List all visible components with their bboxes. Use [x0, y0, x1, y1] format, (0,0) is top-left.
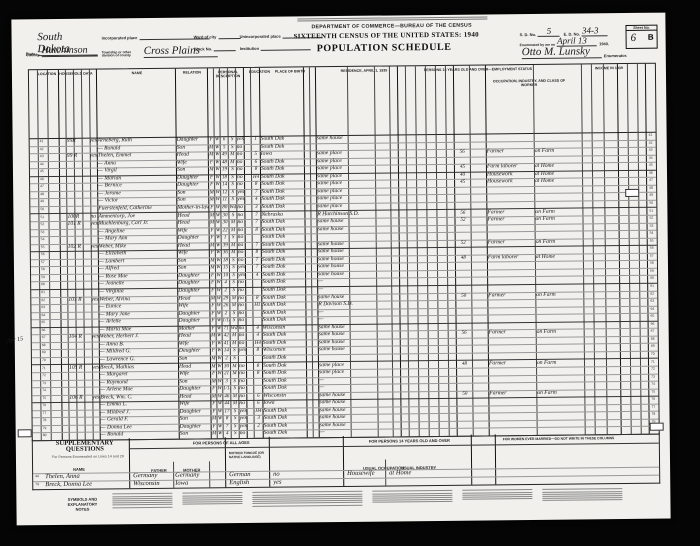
cell-sex: F — [211, 408, 216, 416]
supplementary-questions: SUPPLEMENTARY QUESTIONS For Persons Enum… — [32, 433, 660, 491]
sheet-number: 6 — [631, 32, 637, 44]
line-number: 62 — [41, 297, 45, 305]
cell-grade-completed: H1 — [253, 302, 261, 310]
cell-farm-residence: yes — [92, 394, 99, 402]
cell-sex: M — [209, 212, 214, 220]
cell-grade-completed: 8 — [252, 166, 260, 174]
cell-sex: M — [209, 219, 214, 227]
cell-grade-completed: 4 — [252, 196, 260, 204]
cell-sex: F — [209, 204, 214, 212]
cell-race: W — [217, 385, 222, 393]
line-number: 69 — [42, 349, 46, 357]
cell-race: W — [217, 340, 222, 348]
line-number: 57 — [650, 253, 654, 261]
enumerator-label: Enumerator. — [604, 53, 627, 58]
cell-sex: F — [209, 182, 214, 190]
supp-name-col: NAME — [73, 467, 85, 472]
cell-age: 71 — [223, 325, 230, 333]
cell-hours-worked — [457, 368, 472, 376]
cell-school-attendance: yes — [238, 264, 245, 272]
cell-race: W — [216, 257, 221, 265]
supp-cell-usual-occupation — [347, 478, 385, 486]
cell-race: W — [215, 189, 220, 197]
cell-grade-completed: 2 — [255, 423, 263, 431]
cell-age: 15 — [222, 265, 229, 273]
cell-hours-worked — [456, 315, 471, 323]
cell-school-attendance: no — [239, 340, 246, 348]
cell-school-attendance: no — [238, 287, 245, 295]
cell-age: 42 — [223, 332, 230, 340]
cell-race: W — [217, 325, 222, 333]
cell-school-attendance — [239, 355, 246, 363]
supp-cell-line: 44 — [35, 473, 39, 481]
cell-school-attendance: no — [239, 400, 246, 408]
cell-race: W — [216, 310, 221, 318]
cell-grade-completed: 8 — [253, 294, 261, 302]
cell-sex: F — [211, 385, 216, 393]
sheet-number-box: Sheet No. 6 B — [625, 25, 657, 49]
cell-farm-residence — [92, 349, 99, 357]
block-field: Block No. — [194, 45, 237, 51]
line-number: 44 — [40, 161, 44, 169]
cell-farm-residence — [91, 273, 98, 281]
cell-farm-residence — [90, 205, 97, 213]
supp-cell-name: Breck, Donna Lee — [45, 480, 127, 488]
cell-farm-residence — [90, 168, 97, 176]
institution-field: Institution — [240, 44, 311, 51]
cell-sex: F — [211, 370, 216, 378]
cell-age: 29 — [222, 295, 229, 303]
supp-cell-father-birthplace: Germany — [133, 472, 171, 480]
cell-farm-residence: yes — [92, 334, 99, 342]
cell-marital-status: M — [230, 242, 237, 250]
line-number: 72 — [42, 372, 46, 380]
supplementary-subtitle: For Persons Enumerated on Lines 14 and 2… — [43, 454, 133, 459]
header-fine-print — [297, 16, 487, 22]
cell-grade-completed: H4 — [254, 408, 262, 416]
cell-grade-completed: H4 — [252, 174, 260, 182]
cell-farm-residence: yes — [90, 221, 97, 229]
sample-line-marker-bottom — [650, 423, 664, 431]
supp-mother-tongue-col: MOTHER TONGUE (OR NATIVE LANGUAGE) — [229, 451, 269, 459]
cell-marital-status: M — [230, 227, 237, 235]
cell-grade-completed: 7 — [252, 189, 260, 197]
supp-all-ages-header: FOR PERSONS OF ALL AGES — [193, 440, 250, 446]
cell-marital-status: M — [231, 400, 238, 408]
cell-marital-status: S — [230, 234, 237, 242]
line-number: 50 — [649, 200, 653, 208]
cell-school-attendance: no — [238, 302, 245, 310]
cell-school-attendance: yes — [240, 415, 247, 423]
cell-farm-residence — [90, 160, 97, 168]
cell-school-attendance: no — [238, 317, 245, 325]
line-number: 74 — [651, 381, 655, 389]
cell-race: W — [217, 400, 222, 408]
cell-race: W — [216, 234, 221, 242]
line-number: 55 — [650, 237, 654, 245]
cell-sex: M — [210, 265, 215, 273]
cell-marital-status: M — [230, 249, 237, 257]
block-label: Block No. — [194, 46, 213, 51]
line-number: 58 — [41, 266, 45, 274]
supp-cell-usual-industry — [389, 477, 429, 485]
line-number: 77 — [651, 404, 655, 412]
line-number: 65 — [650, 313, 654, 321]
cell-hours-worked — [455, 156, 470, 164]
cell-sex: F — [210, 280, 215, 288]
cell-age: 21 — [223, 370, 230, 378]
enumerator-signature: Otto M. Lunsky — [522, 45, 602, 59]
population-table: LOCATION HOUSEHOLD DATA NAME RELATION PE… — [28, 63, 660, 442]
cell-school-attendance: no — [238, 227, 245, 235]
cell-race: W — [216, 295, 221, 303]
cell-school-attendance: no — [237, 219, 244, 227]
cell-race: W — [216, 272, 221, 280]
cell-sex: M — [209, 189, 214, 197]
cell-farm-residence — [90, 183, 97, 191]
line-number: 63 — [650, 298, 654, 306]
cell-marital-status: Wd — [231, 325, 238, 333]
line-number: 76 — [651, 396, 655, 404]
line-number: 56 — [41, 251, 45, 259]
line-number: 52 — [649, 215, 653, 223]
cell-marital-status: S — [231, 355, 238, 363]
cell-farm-residence — [91, 251, 98, 259]
cell-school-attendance: no — [239, 378, 246, 386]
column-headers: LOCATION HOUSEHOLD DATA NAME RELATION PE… — [29, 64, 656, 140]
cell-age: 10 — [222, 272, 229, 280]
line-number: 71 — [42, 365, 46, 373]
supp-cell-usual-industry: at Home — [389, 469, 429, 477]
cell-age: 8 — [224, 416, 231, 424]
cell-age: 18 — [222, 257, 229, 265]
cell-grade-completed: 8 — [253, 226, 261, 234]
cell-hours-worked: 48 — [456, 254, 471, 262]
cell-hours-worked: 50 — [456, 292, 471, 300]
supp-cell-usual-occupation: Housewife — [347, 470, 385, 478]
header-occupation: OCCUPATION, INDUSTRY, AND CLASS OF WORKE… — [489, 79, 569, 88]
supp-cell-line: 79 — [35, 481, 39, 489]
cell-sex: F — [210, 310, 215, 318]
cell-marital-status: S — [230, 264, 237, 272]
cell-race: W — [215, 166, 220, 174]
cell-hours-worked — [457, 322, 472, 330]
cell-sex: M — [210, 295, 215, 303]
cell-school-attendance: no — [238, 234, 245, 242]
cell-farm-residence — [90, 190, 97, 198]
cell-school-attendance: yes — [237, 189, 244, 197]
header-income: INCOME IN 1939 — [589, 66, 629, 70]
line-number: 50 — [40, 206, 44, 214]
cell-sex: M — [211, 333, 216, 341]
cell-hours-worked — [458, 421, 473, 429]
institution-label: Institution — [240, 46, 259, 51]
cell-farm-residence — [91, 311, 98, 319]
cell-age: 17 — [223, 408, 230, 416]
cell-race: W — [215, 212, 220, 220]
line-number: 66 — [42, 327, 46, 335]
cell-race: W — [215, 197, 220, 205]
cell-age: 2 — [222, 287, 229, 295]
cell-age: 41 — [223, 340, 230, 348]
line-number: 57 — [41, 259, 45, 267]
cell-marital-status: S — [229, 212, 236, 220]
supp-women-header: FOR WOMEN EVER MARRIED—DO NOT WRITE IN T… — [503, 436, 615, 441]
cell-age: 5 — [221, 144, 228, 152]
cell-marital-status: S — [229, 196, 236, 204]
supp-14-header: FOR PERSONS 14 YEARS OLD AND OVER — [369, 438, 450, 444]
cell-race: W — [217, 355, 222, 363]
cell-race: W — [217, 363, 222, 371]
line-number: 71 — [651, 358, 655, 366]
line-number: 76 — [42, 402, 46, 410]
line-number: 63 — [41, 304, 45, 312]
cell-race: W — [217, 393, 222, 401]
cell-grade-completed — [253, 279, 261, 287]
cell-race: W — [218, 423, 223, 431]
cell-hours-worked — [456, 300, 471, 308]
cell-age: 30 — [221, 219, 228, 227]
cell-sex: F — [210, 227, 215, 235]
explanatory-notes: SYMBOLS AND EXPLANATORY NOTES — [32, 485, 658, 522]
line-number: 51 — [649, 207, 653, 215]
cell-farm-residence: yes — [92, 364, 99, 372]
cell-hours-worked — [455, 134, 470, 142]
cell-school-attendance: no — [238, 310, 245, 318]
cell-farm-residence — [91, 228, 98, 236]
cell-marital-status: S — [229, 181, 236, 189]
cell-marital-status: M — [231, 340, 238, 348]
cell-school-attendance: no — [238, 279, 245, 287]
cell-school-attendance: yes — [238, 272, 245, 280]
cell-school-attendance: no — [237, 181, 244, 189]
cell-age: 6 — [221, 136, 228, 144]
line-number: 78 — [43, 417, 47, 425]
cell-sex: M — [211, 363, 216, 371]
cell-race: W — [216, 302, 221, 310]
cell-farm-residence — [90, 198, 97, 206]
line-number: 49 — [649, 192, 653, 200]
cell-grade-completed: 7 — [252, 219, 260, 227]
cell-grade-completed: 8 — [254, 347, 262, 355]
cell-grade-completed — [253, 309, 261, 317]
cell-marital-status: S — [229, 174, 236, 182]
cell-farm-residence — [91, 258, 98, 266]
line-number: 58 — [650, 260, 654, 268]
margin-note: Apr 15 — [6, 336, 23, 344]
cell-grade-completed — [254, 355, 262, 363]
cell-hours-worked — [457, 375, 472, 383]
unincorporated-label: Unincorporated place — [240, 34, 281, 39]
line-number: 67 — [42, 334, 46, 342]
cell-school-attendance: no — [239, 385, 246, 393]
cell-farm-residence — [93, 417, 100, 425]
cell-race: W — [216, 265, 221, 273]
line-number: 72 — [651, 366, 655, 374]
cell-race: W — [218, 416, 223, 424]
line-number: 77 — [42, 410, 46, 418]
cell-race: W — [215, 219, 220, 227]
cell-age: 1 — [222, 234, 229, 242]
cell-grade-completed: 3 — [255, 415, 263, 423]
cell-marital-status: M — [231, 370, 238, 378]
line-number: 43 — [40, 153, 44, 161]
cell-grade-completed — [252, 143, 260, 151]
line-number: 44 — [649, 154, 653, 162]
census-sheet: State South Dakota County Hutchinson Inc… — [11, 13, 670, 526]
line-number: 78 — [652, 411, 656, 419]
cell-hours-worked — [455, 194, 470, 202]
line-number: 70 — [42, 357, 46, 365]
cell-hours-worked: 48 — [457, 360, 472, 368]
cell-hours-worked — [456, 262, 471, 270]
cell-marital-status: S — [231, 408, 238, 416]
cell-school-attendance: no — [239, 325, 246, 333]
cell-school-attendance: no — [239, 332, 246, 340]
cell-race: W — [215, 144, 220, 152]
cell-hours-worked — [456, 270, 471, 278]
cell-race: W — [217, 333, 222, 341]
cell-marital-status: S — [229, 136, 236, 144]
cell-hours-worked — [458, 413, 473, 421]
cell-hours-worked — [456, 224, 471, 232]
supp-cell-mother-tongue: English — [229, 479, 269, 487]
schedule-header: State South Dakota County Hutchinson Inc… — [11, 13, 665, 68]
cell-school-attendance: yes — [239, 347, 246, 355]
cell-grade-completed: 4 — [254, 325, 262, 333]
cell-age: 14 — [221, 181, 228, 189]
line-number: 41 — [40, 138, 44, 146]
cell-age: 11 — [221, 197, 228, 205]
cell-school-attendance: yes — [237, 196, 244, 204]
cell-marital-status: M — [229, 219, 236, 227]
cell-sex: M — [212, 416, 217, 424]
cell-hours-worked — [455, 186, 470, 194]
cell-hours-worked: 45 — [455, 179, 470, 187]
cell-farm-residence — [91, 236, 98, 244]
cell-sex: F — [210, 250, 215, 258]
cell-hours-worked — [457, 353, 472, 361]
cell-marital-status: M — [231, 393, 238, 401]
cell-grade-completed: 5 — [252, 151, 260, 159]
line-number: 41 — [649, 132, 653, 140]
cell-sex: F — [209, 136, 214, 144]
cell-farm-residence — [92, 341, 99, 349]
cell-sex: M — [210, 257, 215, 265]
sample-line-marker-left — [18, 429, 32, 437]
cell-grade-completed: 8 — [253, 249, 261, 257]
department-title: DEPARTMENT OF COMMERCE—BUREAU OF THE CEN… — [311, 23, 471, 31]
cell-sex: M — [211, 355, 216, 363]
line-number: 47 — [649, 177, 653, 185]
cell-race: W — [217, 370, 222, 378]
cell-school-attendance: yes — [239, 408, 246, 416]
line-number: 79 — [43, 425, 47, 433]
cell-sex: M — [210, 242, 215, 250]
cell-farm-residence — [92, 326, 99, 334]
cell-age: 30 — [223, 363, 230, 371]
cell-grade-completed: 8 — [254, 362, 262, 370]
cell-school-attendance: no — [239, 363, 246, 371]
cell-age: 49 — [221, 151, 228, 159]
supp-cell-veteran: yes — [273, 479, 287, 487]
cell-marital-status: S — [232, 423, 239, 431]
cell-farm-residence: no — [90, 213, 97, 221]
sheet-label: Sheet No. — [626, 26, 656, 31]
cell-age: 4 — [222, 280, 229, 288]
cell-age: 39 — [222, 242, 229, 250]
cell-school-attendance: no — [238, 249, 245, 257]
cell-farm-residence — [92, 402, 99, 410]
line-number: 55 — [41, 244, 45, 252]
cell-school-attendance: no — [237, 212, 244, 220]
cell-hours-worked — [457, 383, 472, 391]
cell-hours-worked — [456, 277, 471, 285]
cell-sex: F — [211, 401, 216, 409]
cell-marital-status: S — [230, 257, 237, 265]
cell-school-attendance: no — [237, 166, 244, 174]
line-number: 56 — [650, 245, 654, 253]
cell-grade-completed: 6 — [254, 393, 262, 401]
cell-grade-completed: 7 — [253, 264, 261, 272]
cell-race: W — [217, 317, 222, 325]
cell-age: 26 — [222, 302, 229, 310]
cell-hours-worked — [456, 307, 471, 315]
cell-race: W — [216, 227, 221, 235]
cell-age: 48 — [221, 159, 228, 167]
cell-marital-status: S — [231, 347, 238, 355]
cell-sex: F — [210, 234, 215, 242]
line-number: 53 — [41, 229, 45, 237]
cell-marital-status: S — [229, 189, 236, 197]
cell-marital-status: M — [231, 363, 238, 371]
supplementary-title: SUPPLEMENTARY QUESTIONS — [55, 440, 115, 453]
line-number: 62 — [650, 290, 654, 298]
cell-school-attendance: yes — [240, 423, 247, 431]
cell-race: W — [217, 348, 222, 356]
cell-sex: M — [209, 144, 214, 152]
line-number: 69 — [651, 343, 655, 351]
cell-grade-completed: H4 — [254, 340, 262, 348]
line-number: 42 — [40, 146, 44, 154]
incorporated-place-label: Incorporated place — [102, 35, 138, 40]
cell-school-attendance: no — [239, 393, 246, 401]
sheet-side: B — [648, 33, 654, 42]
cell-grade-completed: 6 — [252, 158, 260, 166]
cell-marital-status: S — [231, 385, 238, 393]
census-rows: 414199RyesArneberg, RuthDaughterFW6Syes1… — [30, 132, 659, 441]
supp-cell-mother-birthplace: Germany — [175, 471, 209, 479]
cell-age: 12 — [221, 189, 228, 197]
cell-grade-completed: 1 — [252, 136, 260, 144]
cell-marital-status: Wd — [229, 204, 236, 212]
cell-hours-worked — [456, 247, 471, 255]
cell-race: W — [215, 182, 220, 190]
cell-race: W — [216, 280, 221, 288]
cell-age: 1/12 — [223, 317, 230, 325]
line-number: 46 — [40, 176, 44, 184]
cell-sex: F — [210, 272, 215, 280]
cell-farm-residence: yes — [91, 243, 98, 251]
cell-sex: F — [210, 302, 215, 310]
cell-race: W — [216, 242, 221, 250]
county-label: County — [26, 52, 40, 57]
line-number: 49 — [40, 198, 44, 206]
line-number: 48 — [649, 185, 653, 193]
cell-grade-completed: 4 — [253, 272, 261, 280]
cell-age: 46 — [223, 393, 230, 401]
header-residence: RESIDENCE, APRIL 1, 1935 — [319, 68, 409, 73]
